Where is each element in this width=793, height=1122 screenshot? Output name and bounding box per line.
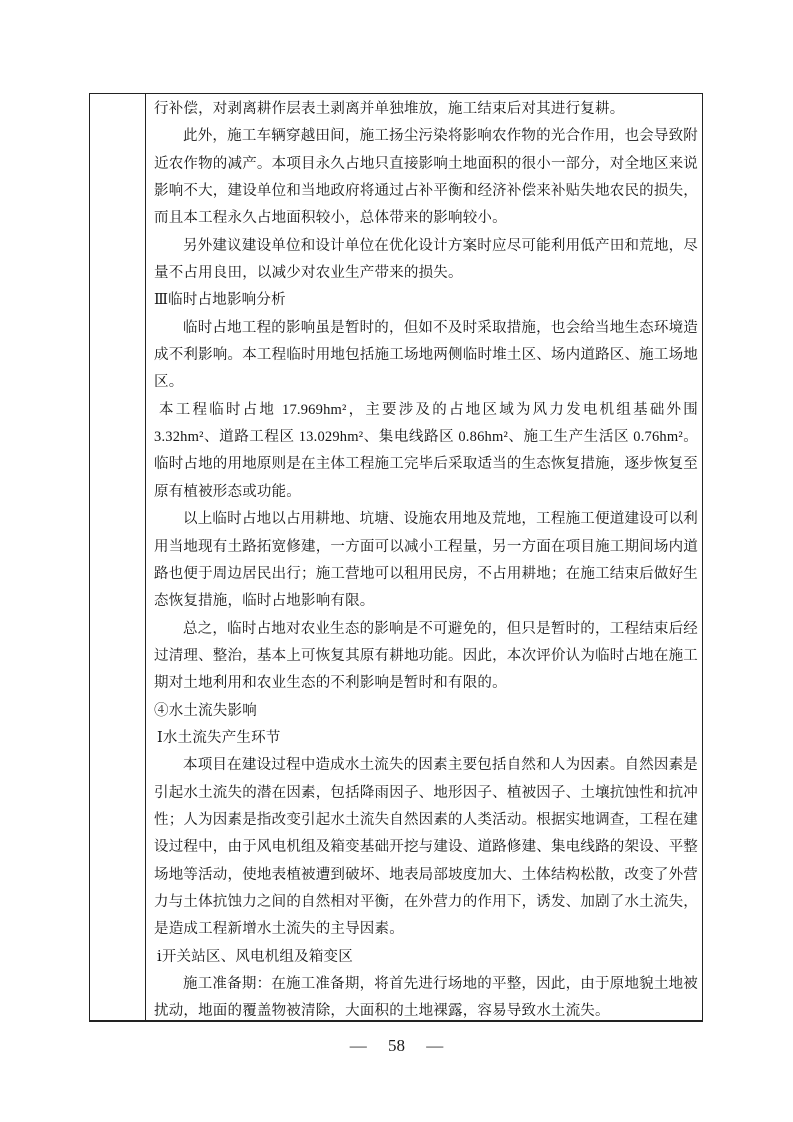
footer-left-dash: — bbox=[350, 1036, 367, 1056]
body-paragraph: 本项目在建设过程中造成水土流失的因素主要包括自然和人为因素。自然因素是引起水土流… bbox=[154, 752, 698, 943]
body-paragraph: 临时占地工程的影响虽是暂时的，但如不及时采取措施，也会给当地生态环境造成不利影响… bbox=[154, 315, 698, 397]
body-paragraph: 行补偿，对剥离耕作层表土剥离并单独堆放，施工结束后对其进行复耕。 bbox=[154, 96, 698, 123]
section-heading-erosion-stages: Ⅰ水土流失产生环节 bbox=[154, 725, 698, 752]
body-paragraph: 施工准备期：在施工准备期，将首先进行场地的平整，因此，由于原地貌土地被扰动，地面… bbox=[154, 971, 698, 1020]
body-paragraph: 另外建议建设单位和设计单位在优化设计方案时应尽可能利用低产田和荒地，尽量不占用良… bbox=[154, 233, 698, 288]
page-number: 58 bbox=[388, 1036, 405, 1056]
section-heading-switch-station-area: ⅰ开关站区、风电机组及箱变区 bbox=[154, 944, 698, 971]
body-paragraph: 总之，临时占地对农业生态的影响是不可避免的，但只是暂时的，工程结束后经过清理、整… bbox=[154, 616, 698, 698]
document-page: 行补偿，对剥离耕作层表土剥离并单独堆放，施工结束后对其进行复耕。 此外，施工车辆… bbox=[0, 0, 793, 1122]
page-footer: — 58 — bbox=[0, 1036, 793, 1056]
table-content-column: 行补偿，对剥离耕作层表土剥离并单独堆放，施工结束后对其进行复耕。 此外，施工车辆… bbox=[146, 94, 702, 1020]
body-paragraph: 此外，施工车辆穿越田间，施工扬尘污染将影响农作物的光合作用，也会导致附近农作物的… bbox=[154, 123, 698, 232]
footer-right-dash: — bbox=[426, 1036, 443, 1056]
table-label-column bbox=[90, 94, 146, 1020]
section-heading-soil-erosion-impact: ④水土流失影响 bbox=[154, 698, 698, 725]
report-table: 行补偿，对剥离耕作层表土剥离并单独堆放，施工结束后对其进行复耕。 此外，施工车辆… bbox=[89, 93, 703, 1022]
section-heading-temporary-land-analysis: Ⅲ临时占地影响分析 bbox=[154, 287, 698, 314]
body-paragraph: 以上临时占地以占用耕地、坑塘、设施农用地及荒地，工程施工便道建设可以利用当地现有… bbox=[154, 506, 698, 615]
body-paragraph: 本工程临时占地 17.969hm²，主要涉及的占地区域为风力发电机组基础外围 3… bbox=[154, 397, 698, 506]
